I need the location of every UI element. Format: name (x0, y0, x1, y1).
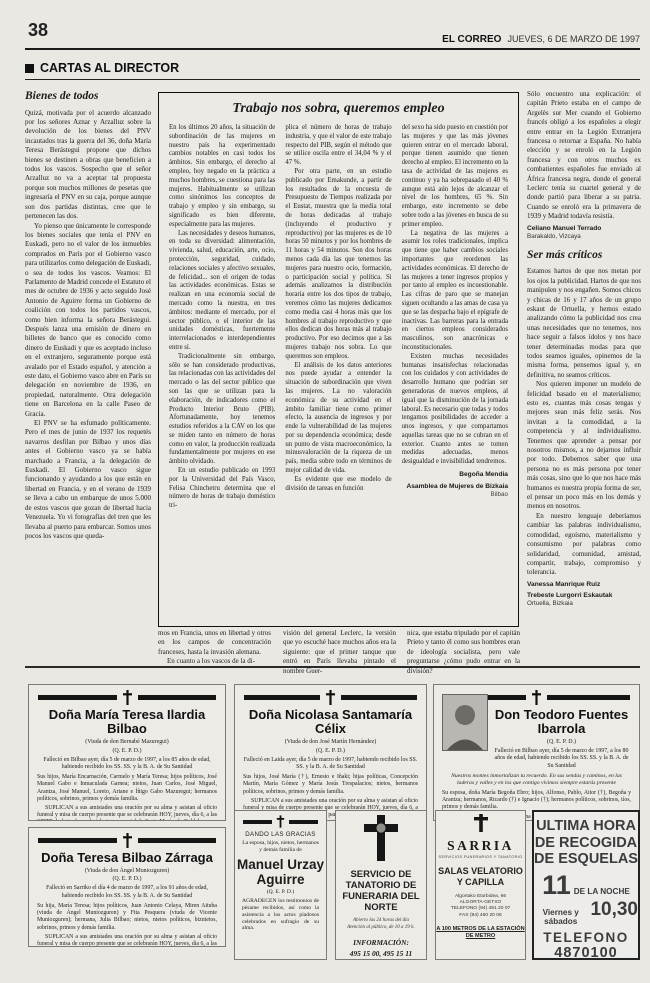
family-line: Su hija, María Teresa; hijos políticos, … (37, 903, 217, 932)
deceased-name: Manuel Urzay Aguirre (235, 857, 326, 887)
plea-line: SUPLICAN a sus amistades una oración por… (37, 934, 217, 947)
funeral-home-ad-norte: SERVICIO DE TANATORIO DE FUNERARIA DEL N… (335, 810, 427, 960)
obituary-fuentes: Don Teodoro Fuentes Ibarrola (Q. E. P. D… (433, 684, 640, 821)
paragraph: El análisis de los datos anteriores nos … (285, 362, 391, 476)
weekend-deadline: Viernes y sábados 10,30 (534, 901, 638, 926)
continuation-fragment: nica, que estaba tripulado por el capitá… (407, 629, 520, 676)
newspaper-page: 38 EL CORREOJUEVES, 6 DE MARZO DE 1997 C… (0, 0, 650, 983)
ad-title: SARRIA (436, 838, 525, 854)
ad-info-label: INFORMACIÓN: (336, 938, 426, 947)
obituaries-divider-rule (25, 666, 640, 668)
letter-title: Ser más críticos (527, 249, 641, 262)
esquela-header (29, 828, 225, 849)
widow-of: (Viuda de don José Martín Hernández) (235, 739, 426, 745)
family-line: Sus hijos, María Encarnación, Carmelo y … (37, 774, 217, 803)
featured-col-2: plica el número de horas de trabajo indu… (285, 124, 391, 612)
featured-letter-box: Trabajo nos sobra, queremos empleo En lo… (158, 92, 519, 627)
signature-name: Celiano Manuel Terrado (527, 225, 641, 233)
paragraph: visión del general Leclerc, la versión q… (283, 629, 396, 676)
paragraph: El PNV se ha esfumado políticamente. Per… (25, 419, 151, 541)
newspaper-brand: EL CORREO (442, 34, 501, 45)
portrait-photo (442, 694, 488, 751)
paragraph: La negativa de las mujeres a asumir los … (402, 230, 508, 353)
section-header: CARTAS AL DIRECTOR (25, 61, 179, 75)
thanks-body: AGRADECEN los testimonios de pésame reci… (242, 898, 319, 933)
esquela-header (235, 685, 426, 706)
paragraph: Quizá, motivada por el acuerdo alcanzado… (25, 109, 151, 222)
ad-hours: Abierto las 24 horas del día (336, 918, 426, 924)
ad-service-line: Y CAPILLA (436, 877, 525, 888)
family-line: Sus hijos, José María (†), Ernesto e Iña… (243, 774, 418, 796)
paragraph: Existen muchas necesidades humanas insat… (402, 353, 508, 467)
ad-title-line: DE ESQUELAS (534, 851, 638, 868)
hour-label: DE LA NOCHE (574, 887, 630, 896)
obituary-bilbao-zarraga: Doña Teresa Bilbao Zárraga (Viuda de don… (28, 827, 226, 947)
right-column: Sólo encuentro una explicación: el capit… (527, 90, 641, 650)
ad-title: SERVICIO DE TANATORIO DE FUNERARIA DEL N… (342, 869, 420, 913)
paragraph: En los últimos 20 años, la situación de … (169, 124, 275, 230)
ad-hours: Atención al público, de 10 a 19 h. (336, 925, 426, 931)
paragraph: En un estudio publicado en 1993 por la U… (169, 467, 275, 511)
ad-subtitle: SERVICIOS FUNERARIOS Y TANATORIO (436, 854, 525, 859)
obit-line: Falleció en Bilbao ayer, día 5 de marzo … (492, 748, 631, 770)
masthead: EL CORREOJUEVES, 6 DE MARZO DE 1997 (442, 34, 640, 45)
family-line: Su esposa, doña María Begoña Ebro; hijos… (442, 790, 631, 812)
section-rule (25, 79, 640, 80)
qepd: (Q. E. P. D.) (235, 889, 326, 895)
section-bullet-icon (25, 64, 34, 73)
paragraph: En nuestro lenguaje deberíamos cambiar l… (527, 512, 641, 578)
paragraph: del sexo ha sido puesto en cuestión por … (402, 124, 508, 230)
paragraph: Estamos hartos de que nos metan por los … (527, 267, 641, 380)
paragraph: nica, que estaba tripulado por el capitá… (407, 629, 520, 676)
cross-icon (276, 815, 285, 828)
section-title: CARTAS AL DIRECTOR (40, 61, 179, 75)
thanks-intro: La esposa, hijos, nietos, hermanos y dem… (241, 840, 320, 854)
qepd: (Q. E. P. D.) (29, 876, 225, 882)
signature-name: Vanessa Manrique Ruiz (527, 581, 641, 589)
ad-metro-line: A 100 METROS DE LA ESTACIÓN DE METRO (436, 926, 525, 940)
cross-icon (325, 690, 336, 705)
telephone-number: 4870100 (534, 945, 638, 961)
verse-line: Nuestros montes inmortalizan tu recuerdo… (444, 773, 629, 787)
qepd: (Q. E. P. D.) (29, 748, 225, 754)
paragraph: Tradicionalmente sin embargo, sólo se ha… (169, 353, 275, 467)
paragraph: Nos quieren imponer un modelo de felicid… (527, 380, 641, 512)
days-time: 10,30 (590, 901, 638, 919)
signature-place: Bilbao (402, 491, 508, 500)
paragraph: mos en Francia, unos en libertad y otros… (158, 629, 271, 657)
paragraph: Por otra parte, en un estudio publicado … (285, 168, 391, 362)
obit-line: Falleció en Bilbao ayer, día 5 de marzo … (37, 757, 217, 772)
ad-fax: FAX (94) 460 20 06 (436, 913, 525, 919)
telephone-label: TELEFONO (534, 930, 638, 945)
paragraph: Yo pienso que únicamente le corresponde … (25, 222, 151, 420)
obituary-ilardia: Doña María Teresa Ilardia Bilbao (Viuda … (28, 684, 226, 821)
paragraph: plica el número de horas de trabajo indu… (285, 124, 391, 168)
deceased-name: Don Teodoro Fuentes Ibarrola (488, 708, 635, 737)
obit-line: Falleció en Laida ayer, día 5 de marzo d… (243, 757, 418, 772)
sarria-logo-icon (473, 814, 489, 832)
obituary-santamaria: Doña Nicolasa Santamaría Célix (Viuda de… (234, 684, 427, 821)
paragraph: Las necesidades y deseos humanos, en tod… (169, 230, 275, 353)
continuation-fragment: mos en Francia, unos en libertad y otros… (158, 629, 271, 676)
widow-of: (Viuda de don Bernabé Mazuregui) (29, 739, 225, 745)
paragraph: Sólo encuentro una explicación: el capit… (527, 90, 641, 222)
widow-of: (Viuda de don Ángel Muniozguren) (29, 868, 225, 874)
thanks-notice-urzay: DANDO LAS GRACIAS La esposa, hijos, niet… (234, 810, 327, 960)
esquela-header (235, 811, 326, 829)
letter-bienes-column: Bienes de todos Quizá, motivada por el a… (25, 90, 151, 662)
deceased-name: Doña Teresa Bilbao Zárraga (29, 851, 225, 865)
ad-title-line: ULTIMA HORA (534, 818, 638, 835)
signature-place: Barakaldo, Vizcaya (527, 233, 641, 241)
letter-title: Bienes de todos (25, 90, 151, 103)
qepd: (Q. E. P. D.) (235, 748, 426, 754)
obit-line: Falleció en Sarriko el día 4 de marzo de… (37, 885, 217, 900)
deadline-notice-ad: ULTIMA HORA DE RECOGIDA DE ESQUELAS 11 D… (532, 810, 640, 960)
signature-org: Asamblea de Mujeres de Bizkaia (402, 483, 508, 491)
cross-icon (122, 690, 133, 705)
featured-col-3: del sexo ha sido puesto en cuestión por … (402, 124, 508, 612)
featured-columns: En los últimos 20 años, la situación de … (169, 124, 508, 612)
continuation-fragment: visión del general Leclerc, la versión q… (283, 629, 396, 676)
ad-phones: 495 15 00, 495 15 11 (336, 949, 426, 958)
deadline-hour: 11 DE LA NOCHE (534, 872, 638, 898)
signature-place: Ortuella, Bizkaia (527, 600, 641, 608)
paragraph: Es evidente que ese modelo de división d… (285, 476, 391, 494)
portrait-silhouette (443, 695, 487, 750)
esquela-header (29, 685, 225, 706)
header-rule (25, 48, 640, 50)
ad-title-line: DE RECOGIDA (534, 835, 638, 852)
cross-icon (122, 833, 133, 848)
plea-line: SUPLICAN a sus amistades una oración por… (37, 805, 217, 821)
ad-service-line: SALAS VELATORIO (436, 866, 525, 877)
days-label: Viernes y sábados (534, 908, 587, 926)
hour-number: 11 (542, 872, 571, 898)
featured-letter-title: Trabajo nos sobra, queremos empleo (169, 101, 508, 117)
page-number: 38 (28, 20, 48, 41)
signature-name: Begoña Mendia (402, 471, 508, 479)
crucifix-icon (364, 815, 398, 861)
deceased-name: Doña Nicolasa Santamaría Célix (235, 708, 426, 737)
cross-icon (531, 690, 542, 705)
qepd: (Q. E. P. D.) (488, 739, 635, 745)
funeral-home-ad-sarria: SARRIA SERVICIOS FUNERARIOS Y TANATORIO … (435, 810, 526, 960)
thanks-heading: DANDO LAS GRACIAS (235, 831, 326, 838)
deceased-name: Doña María Teresa Ilardia Bilbao (29, 708, 225, 737)
signature-org: Trebeste Lurgorri Eskautak (527, 592, 641, 600)
edition-date: JUEVES, 6 DE MARZO DE 1997 (507, 34, 640, 44)
featured-col-1: En los últimos 20 años, la situación de … (169, 124, 275, 612)
